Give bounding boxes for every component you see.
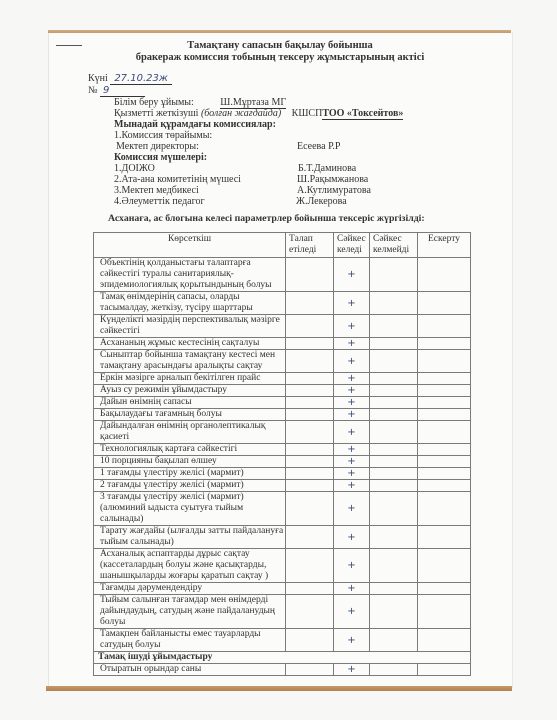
note-cell	[418, 468, 471, 480]
noncompliant-cell	[370, 526, 418, 549]
member-name: А.Кутлимуратова	[297, 185, 371, 196]
chair-role: Мектеп директоры:	[116, 141, 199, 152]
indicator-cell: 10 порцияны бақылап өлшеу	[94, 456, 286, 468]
chair-label: 1.Комиссия төрайымы:	[114, 130, 212, 141]
indicator-cell: Асхананың жұмыс кестесінің сақталуы	[94, 338, 286, 350]
note-cell	[418, 629, 471, 652]
note-cell	[418, 549, 471, 583]
table-row: Тамақ өнімдерінің сапасы, оларды тасымал…	[94, 292, 471, 315]
compliant-cell: +	[334, 385, 370, 397]
number-label: №	[88, 85, 98, 96]
required-cell	[286, 397, 334, 409]
table-row: Дайын өнімнің сапасы+	[94, 397, 471, 409]
table-row: Тағамды дәрумендендіру+	[94, 583, 471, 595]
commission-heading: Мынадай құрамдағы комиссиялар:	[114, 119, 276, 130]
noncompliant-cell	[370, 583, 418, 595]
compliant-cell: +	[334, 664, 370, 676]
table-row: Асхананың жұмыс кестесінің сақталуы+	[94, 338, 471, 350]
member-name: Ш.Рақымжанова	[297, 174, 368, 185]
note-cell	[418, 664, 471, 676]
note-cell	[418, 292, 471, 315]
compliant-cell: +	[334, 468, 370, 480]
noncompliant-cell	[370, 480, 418, 492]
col-compliant: Сәйкес келеді	[334, 233, 370, 258]
table-row: 1 тағамды үлестіру желісі (мармит)+	[94, 468, 471, 480]
noncompliant-cell	[370, 373, 418, 385]
paper-bottom-edge	[46, 686, 512, 691]
table-row: Технологиялық картаға сәйкестігі+	[94, 444, 471, 456]
note-cell	[418, 409, 471, 421]
table-row: 2 тағамды үлестіру желісі (мармит)+	[94, 480, 471, 492]
indicator-cell: Дайындалған өнімнің органолептикалық қас…	[94, 421, 286, 444]
members-heading: Комиссия мүшелері:	[114, 152, 207, 163]
indicator-cell: Бақылаудағы тағамның болуы	[94, 409, 286, 421]
note-cell	[418, 338, 471, 350]
table-row: 3 тағамды үлестіру желісі (мармит) (алюм…	[94, 492, 471, 526]
compliant-cell: +	[334, 456, 370, 468]
compliant-cell: +	[334, 338, 370, 350]
compliant-cell: +	[334, 421, 370, 444]
noncompliant-cell	[370, 385, 418, 397]
compliant-cell: +	[334, 444, 370, 456]
required-cell	[286, 583, 334, 595]
indicator-cell: Технологиялық картаға сәйкестігі	[94, 444, 286, 456]
table-row: Тыйым салынған тағамдар мен өнімдерді да…	[94, 595, 471, 629]
indicator-cell: Объектінің қолданыстағы талаптарға сәйке…	[94, 258, 286, 292]
required-cell	[286, 350, 334, 373]
indicator-cell: Сыныптар бойынша тамақтану кестесі мен т…	[94, 350, 286, 373]
table-row: Дайындалған өнімнің органолептикалық қас…	[94, 421, 471, 444]
note-cell	[418, 492, 471, 526]
required-cell	[286, 549, 334, 583]
table-row: Бақылаудағы тағамның болуы+	[94, 409, 471, 421]
required-cell	[286, 468, 334, 480]
school-label: Білім беру ұйымы:	[114, 97, 194, 108]
noncompliant-cell	[370, 397, 418, 409]
inspection-table: Көрсеткіш Талап етіледі Сәйкес келеді Сә…	[93, 232, 471, 676]
member-role: 3.Мектеп медбикесі	[114, 185, 199, 196]
noncompliant-cell	[370, 492, 418, 526]
required-cell	[286, 526, 334, 549]
required-cell	[286, 664, 334, 676]
document-title-line2: бракераж комиссия тобының тексеру жұмыст…	[60, 52, 500, 64]
required-cell	[286, 595, 334, 629]
table-row: Отыратын орындар саны+	[94, 664, 471, 676]
col-noncompliant: Сәйкес келмейді	[370, 233, 418, 258]
compliant-cell: +	[334, 583, 370, 595]
required-cell	[286, 444, 334, 456]
noncompliant-cell	[370, 629, 418, 652]
table-row: Тамақпен байланысты емес тауарларды сату…	[94, 629, 471, 652]
compliant-cell: +	[334, 549, 370, 583]
noncompliant-cell	[370, 409, 418, 421]
required-cell	[286, 480, 334, 492]
note-cell	[418, 385, 471, 397]
date-label: Күні	[88, 73, 108, 84]
noncompliant-cell	[370, 258, 418, 292]
indicator-cell: Тыйым салынған тағамдар мен өнімдерді да…	[94, 595, 286, 629]
note-cell	[418, 456, 471, 468]
compliant-cell: +	[334, 492, 370, 526]
note-cell	[418, 373, 471, 385]
note-cell	[418, 444, 471, 456]
table-row: Еркін мәзірге арналып бекітілген прайс+	[94, 373, 471, 385]
required-cell	[286, 629, 334, 652]
table-header-row: Көрсеткіш Талап етіледі Сәйкес келеді Сә…	[94, 233, 471, 258]
indicator-cell: Тағамды дәрумендендіру	[94, 583, 286, 595]
paper-top-edge	[48, 30, 511, 33]
noncompliant-cell	[370, 664, 418, 676]
required-cell	[286, 492, 334, 526]
noncompliant-cell	[370, 315, 418, 338]
indicator-cell: Ауыз су режимін ұйымдастыру	[94, 385, 286, 397]
required-cell	[286, 258, 334, 292]
supplier-label: Қызметті жеткізуші	[114, 108, 198, 119]
member-name: Б.Т.Даминова	[298, 163, 356, 174]
table-row: Тарату жағдайы (ылғалды затты пайдалануғ…	[94, 526, 471, 549]
compliant-cell: +	[334, 526, 370, 549]
indicator-cell: Тамақ өнімдерінің сапасы, оларды тасымал…	[94, 292, 286, 315]
supplier-prefix: КШСП	[292, 108, 323, 119]
required-cell	[286, 409, 334, 421]
note-cell	[418, 583, 471, 595]
compliant-cell: +	[334, 595, 370, 629]
compliant-cell: +	[334, 409, 370, 421]
compliant-cell: +	[334, 292, 370, 315]
indicator-cell: Тарату жағдайы (ылғалды затты пайдалануғ…	[94, 526, 286, 549]
note-cell	[418, 526, 471, 549]
note-cell	[418, 350, 471, 373]
note-cell	[418, 595, 471, 629]
compliant-cell: +	[334, 315, 370, 338]
indicator-cell: Тамақпен байланысты емес тауарларды сату…	[94, 629, 286, 652]
member-role: 2.Ата-ана комитетінің мүшесі	[114, 174, 241, 185]
note-cell	[418, 397, 471, 409]
note-cell	[418, 421, 471, 444]
document-title-line1: Тамақтану сапасын бақылау бойынша	[60, 40, 500, 52]
indicator-cell: 3 тағамды үлестіру желісі (мармит) (алюм…	[94, 492, 286, 526]
compliant-cell: +	[334, 350, 370, 373]
noncompliant-cell	[370, 350, 418, 373]
noncompliant-cell	[370, 456, 418, 468]
indicator-cell: Күнделікті мәзірдің перспективалық мәзір…	[94, 315, 286, 338]
noncompliant-cell	[370, 444, 418, 456]
note-cell	[418, 258, 471, 292]
chair-name: Есеева Р.Р	[297, 141, 340, 152]
required-cell	[286, 338, 334, 350]
required-cell	[286, 373, 334, 385]
required-cell	[286, 385, 334, 397]
indicator-cell: 2 тағамды үлестіру желісі (мармит)	[94, 480, 286, 492]
table-row: Асханалық аспаптарды дұрыс сақтау (кассе…	[94, 549, 471, 583]
table-section-row: Тамақ ішуді ұйымдастыру	[94, 652, 471, 664]
table-row: Сыныптар бойынша тамақтану кестесі мен т…	[94, 350, 471, 373]
noncompliant-cell	[370, 549, 418, 583]
note-cell	[418, 480, 471, 492]
indicator-cell: Отыратын орындар саны	[94, 664, 286, 676]
member-role: 4.Әлеуметтік педагог	[114, 196, 205, 207]
compliant-cell: +	[334, 397, 370, 409]
table-row: Ауыз су режимін ұйымдастыру+	[94, 385, 471, 397]
compliant-cell: +	[334, 373, 370, 385]
member-name: Ж.Лекерова	[296, 196, 347, 207]
member-role: 1.ДОІЖО	[114, 163, 155, 174]
noncompliant-cell	[370, 338, 418, 350]
required-cell	[286, 292, 334, 315]
noncompliant-cell	[370, 468, 418, 480]
noncompliant-cell	[370, 421, 418, 444]
number-value: 9	[100, 85, 145, 97]
indicator-cell: Еркін мәзірге арналып бекітілген прайс	[94, 373, 286, 385]
table-row: 10 порцияны бақылап өлшеу+	[94, 456, 471, 468]
table-row: Күнделікті мәзірдің перспективалық мәзір…	[94, 315, 471, 338]
col-note: Ескерту	[418, 233, 471, 258]
note-cell	[418, 315, 471, 338]
required-cell	[286, 315, 334, 338]
date-value: 27.10.23ж	[110, 73, 172, 85]
col-indicator: Көрсеткіш	[94, 233, 286, 258]
required-cell	[286, 456, 334, 468]
supplier-note: (болған жағдайда)	[201, 108, 281, 119]
table-row: Объектінің қолданыстағы талаптарға сәйке…	[94, 258, 471, 292]
compliant-cell: +	[334, 480, 370, 492]
compliant-cell: +	[334, 258, 370, 292]
supplier-value: ТОО «Токсейтов»	[322, 108, 403, 120]
compliant-cell: +	[334, 629, 370, 652]
number-row: № 9	[88, 85, 145, 97]
indicator-cell: Дайын өнімнің сапасы	[94, 397, 286, 409]
indicator-cell: Асханалық аспаптарды дұрыс сақтау (кассе…	[94, 549, 286, 583]
inspection-intro: Асханаға, ас блогына келесі параметрлер …	[108, 213, 425, 224]
required-cell	[286, 421, 334, 444]
date-row: Күні 27.10.23ж	[88, 73, 172, 85]
indicator-cell: 1 тағамды үлестіру желісі (мармит)	[94, 468, 286, 480]
col-required: Талап етіледі	[286, 233, 334, 258]
section-heading: Тамақ ішуді ұйымдастыру	[94, 652, 471, 664]
noncompliant-cell	[370, 595, 418, 629]
noncompliant-cell	[370, 292, 418, 315]
